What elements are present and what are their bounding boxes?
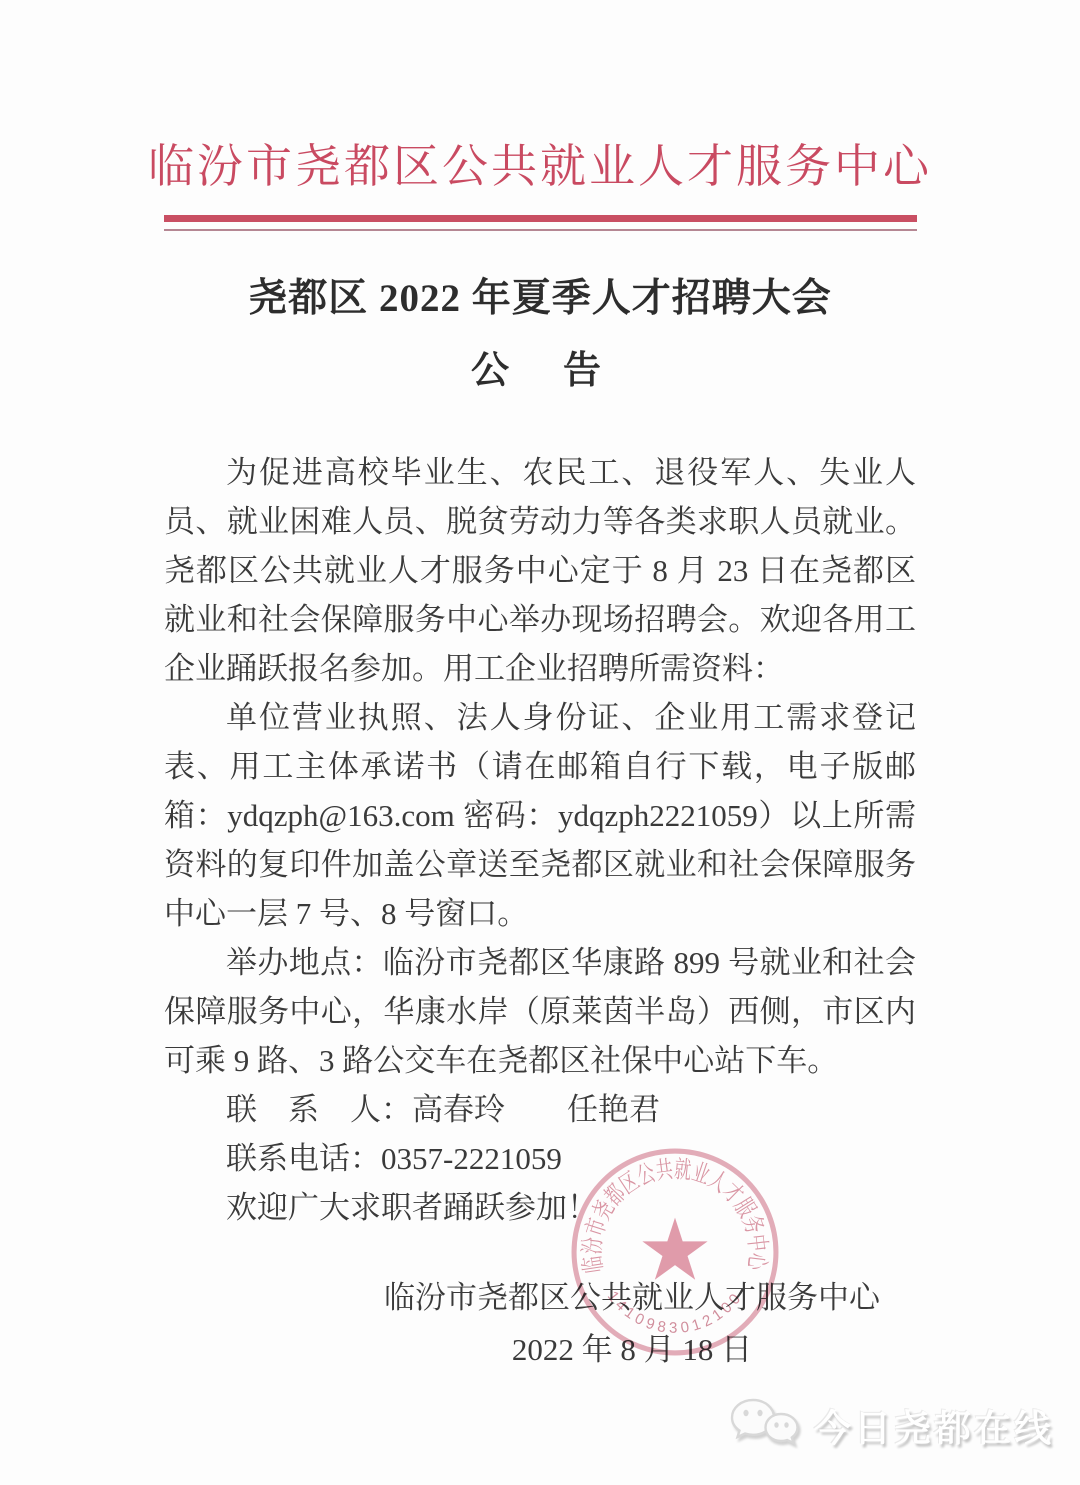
letterhead-title: 临汾市尧都区公共就业人才服务中心 [0,0,1080,196]
signature-org: 临汾市尧都区公共就业人才服务中心 [384,1272,880,1324]
watermark: 今日尧都在线 [728,1396,1054,1454]
signature-date: 2022 年 8 月 18 日 [384,1324,880,1376]
contact-phone-line: 联系电话：0357-2221059 [164,1134,916,1183]
body-paragraph-intro: 为促进高校毕业生、农民工、退役军人、失业人员、就业困难人员、脱贫劳动力等各类求职… [164,448,916,693]
closing-line: 欢迎广大求职者踊跃参加！ [164,1183,916,1232]
body-paragraph-location: 举办地点：临汾市尧都区华康路 899 号就业和社会保障服务中心，华康水岸（原莱茵… [164,938,916,1085]
contact-person-line: 联 系 人：高春玲 任艳君 [164,1085,916,1134]
signature-block: 临汾市尧都区公共就业人才服务中心 2022 年 8 月 18 日 [384,1272,880,1376]
watermark-label: 今日尧都在线 [814,1398,1054,1452]
document-subtitle: 公 告 [0,339,1080,394]
document-page: 临汾市尧都区公共就业人才服务中心 尧都区 2022 年夏季人才招聘大会 公 告 … [0,0,1080,1485]
letterhead-rule-thick [164,215,917,222]
document-body: 为促进高校毕业生、农民工、退役军人、失业人员、就业困难人员、脱贫劳动力等各类求职… [164,448,916,1232]
letterhead-rule-thin [164,229,917,231]
wechat-icon [728,1396,802,1454]
body-paragraph-materials: 单位营业执照、法人身份证、企业用工需求登记表、用工主体承诺书（请在邮箱自行下载，… [164,693,916,938]
document-title: 尧都区 2022 年夏季人才招聘大会 [0,276,1080,322]
